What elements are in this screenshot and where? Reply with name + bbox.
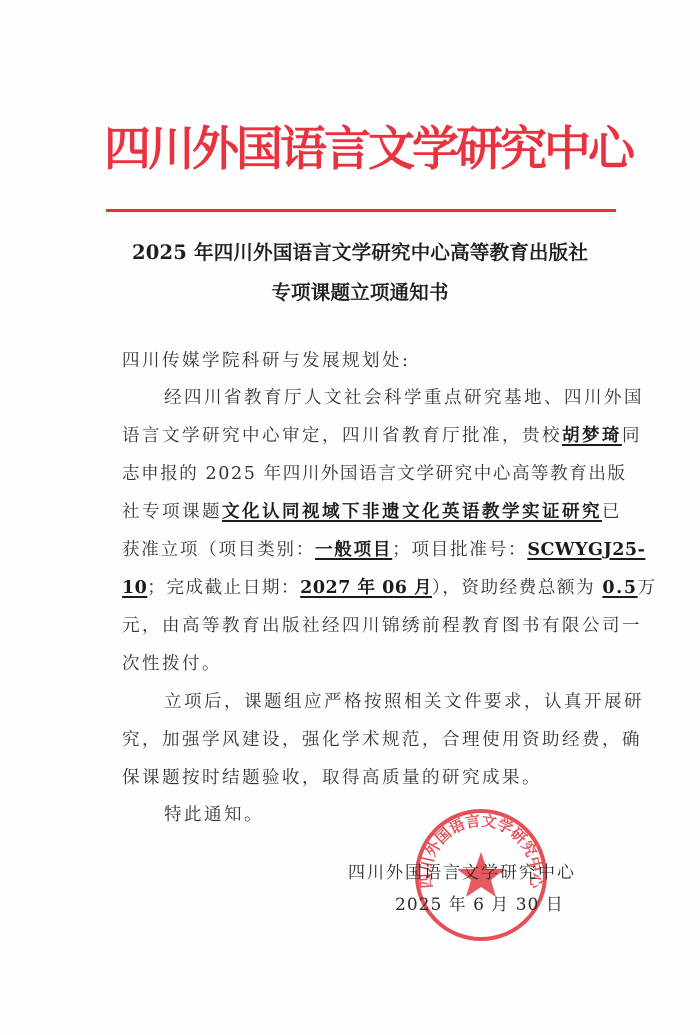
body-line: 社专项课题文化认同视域下非遗文化英语教学实证研究已 bbox=[122, 498, 622, 523]
letterhead-title: 四川外国语言文学研究中心 bbox=[104, 110, 616, 190]
body-line: 保课题按时结题验收，取得高质量的研究成果。 bbox=[122, 764, 542, 789]
body-line: 10；完成截止日期：2027 年 06 月），资助经费总额为 0.5万 bbox=[122, 574, 657, 599]
applicant-name: 胡梦琦 bbox=[562, 426, 622, 446]
funding-amount: 0.5 bbox=[602, 578, 637, 598]
signature-organization: 四川外国语言文学研究中心 bbox=[348, 858, 576, 883]
body-text: 获准立项（项目类别： bbox=[122, 540, 315, 560]
body-text: 语言文学研究中心审定，四川省教育厅批准，贵校 bbox=[122, 426, 562, 446]
deadline: 2027 年 06 月 bbox=[300, 578, 432, 598]
document-title-line1: 2025 年四川外国语言文学研究中心高等教育出版社 bbox=[100, 237, 620, 265]
body-text: 同 bbox=[622, 426, 642, 446]
document-title-line2: 专项课题立项通知书 bbox=[100, 277, 620, 305]
approval-number-suffix: 10 bbox=[122, 578, 147, 598]
body-line: 语言文学研究中心审定，四川省教育厅批准，贵校胡梦琦同 bbox=[122, 422, 642, 447]
letterhead-divider bbox=[106, 209, 616, 212]
recipient: 四川传媒学院科研与发展规划处: bbox=[122, 347, 410, 372]
approval-number: SCWYGJ25- bbox=[527, 540, 645, 560]
body-line: 次性拨付。 bbox=[122, 650, 222, 675]
body-line: 立项后，课题组应严格按照相关文件要求，认真开展研 bbox=[164, 688, 644, 713]
body-text: ；完成截止日期： bbox=[147, 578, 300, 598]
project-category: 一般项目 bbox=[315, 540, 392, 560]
body-line: 元，由高等教育出版社经四川锦绣前程教育图书有限公司一 bbox=[122, 612, 642, 637]
notice-document: 四川外国语言文学研究中心 2025 年四川外国语言文学研究中心高等教育出版社 专… bbox=[0, 0, 700, 1035]
body-text: ），资助经费总额为 bbox=[432, 578, 595, 598]
body-line: 经四川省教育厅人文社会科学重点研究基地、四川外国 bbox=[164, 384, 644, 409]
body-text: 社专项课题 bbox=[122, 502, 222, 522]
body-text: ；项目批准号： bbox=[392, 540, 527, 560]
body-text: 万 bbox=[638, 578, 657, 598]
project-title: 文化认同视域下非遗文化英语教学实证研究 bbox=[222, 502, 602, 522]
body-text: 已 bbox=[602, 502, 622, 522]
body-line: 获准立项（项目类别：一般项目；项目批准号：SCWYGJ25- bbox=[122, 536, 645, 561]
closing-line: 特此通知。 bbox=[164, 801, 264, 826]
signature-date: 2025 年 6 月 30 日 bbox=[395, 890, 564, 915]
body-line: 究，加强学风建设，强化学术规范，合理使用资助经费，确 bbox=[122, 726, 642, 751]
body-line: 志申报的 2025 年四川外国语言文学研究中心高等教育出版 bbox=[122, 460, 627, 485]
